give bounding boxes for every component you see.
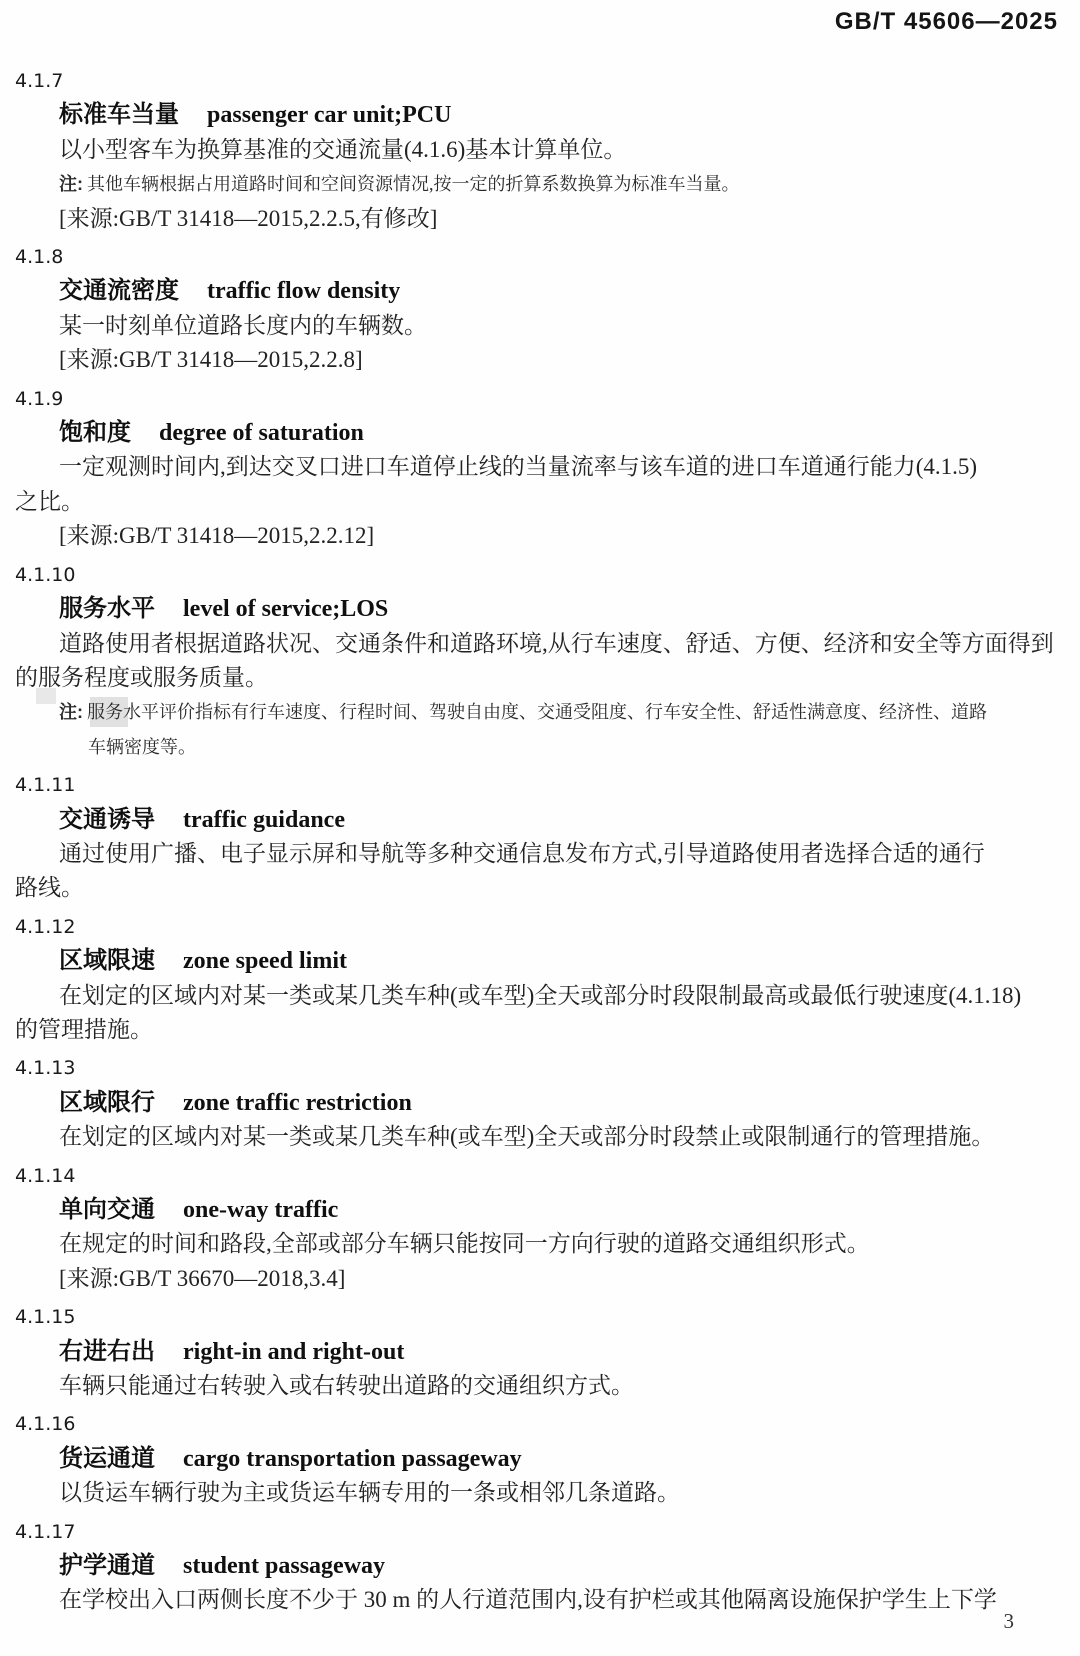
term-chinese: 单向交通	[59, 1196, 155, 1223]
note-text: 服务水平评价指标有行车速度、行程时间、驾驶自由度、交通受阻度、行车安全性、舒适性…	[87, 702, 987, 722]
definition-line: 在规定的时间和路段,全部或部分车辆只能按同一方向行驶的道路交通组织形式。	[15, 1227, 1065, 1261]
page-number: 3	[1004, 1606, 1015, 1636]
definition-line: 道路使用者根据道路状况、交通条件和道路环境,从行车速度、舒适、方便、经济和安全等…	[15, 627, 1065, 661]
term-english: student passageway	[183, 1553, 385, 1579]
definition-line: 车辆只能通过右转驶入或右转驶出道路的交通组织方式。	[15, 1369, 1065, 1403]
term-chinese: 货运通道	[59, 1445, 155, 1472]
section-number: 4.1.12	[15, 910, 1065, 944]
term-line: 标准车当量passenger car unit;PCU	[15, 98, 1065, 132]
definition-line: 某一时刻单位道路长度内的车辆数。	[15, 309, 1065, 343]
term-chinese: 区域限速	[59, 947, 155, 974]
term-section-4-1-9: 4.1.9 饱和度degree of saturation 一定观测时间内,到达…	[15, 382, 1065, 554]
section-number: 4.1.13	[15, 1051, 1065, 1085]
definition-line: 的服务程度或服务质量。	[15, 661, 1065, 695]
definition-line: 的管理措施。	[15, 1013, 1065, 1047]
source-line: [来源:GB/T 31418—2015,2.2.12]	[15, 519, 1065, 553]
term-chinese: 护学通道	[59, 1552, 155, 1579]
term-english: traffic guidance	[183, 807, 345, 833]
term-section-4-1-16: 4.1.16 货运通道cargo transportation passagew…	[15, 1407, 1065, 1510]
note-label: 注:	[59, 174, 83, 194]
term-section-4-1-8: 4.1.8 交通流密度traffic flow density 某一时刻单位道路…	[15, 240, 1065, 378]
term-line: 单向交通one-way traffic	[15, 1193, 1065, 1227]
term-line: 右进右出right-in and right-out	[15, 1335, 1065, 1369]
definition-line: 通过使用广播、电子显示屏和导航等多种交通信息发布方式,引导道路使用者选择合适的通…	[15, 837, 1065, 871]
definition-line: 在划定的区域内对某一类或某几类车种(或车型)全天或部分时段禁止或限制通行的管理措…	[15, 1120, 1065, 1154]
section-number: 4.1.14	[15, 1159, 1065, 1193]
term-section-4-1-7: 4.1.7 标准车当量passenger car unit;PCU 以小型客车为…	[15, 64, 1065, 236]
term-english: level of service;LOS	[183, 596, 388, 622]
section-number: 4.1.10	[15, 558, 1065, 592]
definition-line: 之比。	[15, 485, 1065, 519]
term-line: 区域限行zone traffic restriction	[15, 1086, 1065, 1120]
section-number: 4.1.7	[15, 64, 1065, 98]
section-number: 4.1.17	[15, 1515, 1065, 1549]
term-line: 区域限速zone speed limit	[15, 944, 1065, 978]
term-section-4-1-15: 4.1.15 右进右出right-in and right-out 车辆只能通过…	[15, 1300, 1065, 1403]
term-section-4-1-13: 4.1.13 区域限行zone traffic restriction 在划定的…	[15, 1051, 1065, 1154]
document-page: GB/T 45606—2025 4.1.7 标准车当量passenger car…	[0, 0, 1080, 1656]
term-chinese: 服务水平	[59, 595, 155, 622]
note-text: 其他车辆根据占用道路时间和空间资源情况,按一定的折算系数换算为标准车当量。	[87, 174, 740, 194]
definition-line: 以货运车辆行驶为主或货运车辆专用的一条或相邻几条道路。	[15, 1476, 1065, 1510]
term-section-4-1-17: 4.1.17 护学通道student passageway 在学校出入口两侧长度…	[15, 1515, 1065, 1618]
term-english: degree of saturation	[159, 420, 364, 446]
section-number: 4.1.16	[15, 1407, 1065, 1441]
terms-content: 4.1.7 标准车当量passenger car unit;PCU 以小型客车为…	[15, 64, 1065, 1618]
note-line: 车辆密度等。	[15, 730, 1065, 764]
section-number: 4.1.11	[15, 768, 1065, 802]
term-english: zone traffic restriction	[183, 1090, 412, 1116]
term-chinese: 区域限行	[59, 1089, 155, 1116]
standard-number-header: GB/T 45606—2025	[835, 9, 1058, 35]
source-line: [来源:GB/T 31418—2015,2.2.5,有修改]	[15, 202, 1065, 236]
section-number: 4.1.9	[15, 382, 1065, 416]
note-line: 注:其他车辆根据占用道路时间和空间资源情况,按一定的折算系数换算为标准车当量。	[15, 167, 1065, 201]
term-english: one-way traffic	[183, 1197, 338, 1223]
section-number: 4.1.8	[15, 240, 1065, 274]
term-section-4-1-12: 4.1.12 区域限速zone speed limit 在划定的区域内对某一类或…	[15, 910, 1065, 1048]
definition-line: 一定观测时间内,到达交叉口进口车道停止线的当量流率与该车道的进口车道通行能力(4…	[15, 450, 1065, 484]
definition-line: 路线。	[15, 871, 1065, 905]
definition-line: 在学校出入口两侧长度不少于 30 m 的人行道范围内,设有护栏或其他隔离设施保护…	[15, 1583, 1065, 1617]
term-section-4-1-10: 4.1.10 服务水平level of service;LOS 道路使用者根据道…	[15, 558, 1065, 764]
term-english: right-in and right-out	[183, 1339, 404, 1365]
term-english: passenger car unit;PCU	[207, 102, 451, 128]
term-line: 服务水平level of service;LOS	[15, 592, 1065, 626]
definition-line: 在划定的区域内对某一类或某几类车种(或车型)全天或部分时段限制最高或最低行驶速度…	[15, 979, 1065, 1013]
term-chinese: 交通诱导	[59, 806, 155, 833]
term-english: traffic flow density	[207, 278, 400, 304]
term-section-4-1-11: 4.1.11 交通诱导traffic guidance 通过使用广播、电子显示屏…	[15, 768, 1065, 906]
term-chinese: 饱和度	[59, 419, 131, 446]
term-chinese: 交通流密度	[59, 277, 179, 304]
term-english: zone speed limit	[183, 948, 347, 974]
term-line: 护学通道student passageway	[15, 1549, 1065, 1583]
note-line: 注:服务水平评价指标有行车速度、行程时间、驾驶自由度、交通受阻度、行车安全性、舒…	[15, 695, 1065, 729]
definition-line: 以小型客车为换算基准的交通流量(4.1.6)基本计算单位。	[15, 133, 1065, 167]
term-chinese: 右进右出	[59, 1338, 155, 1365]
term-line: 货运通道cargo transportation passageway	[15, 1442, 1065, 1476]
term-english: cargo transportation passageway	[183, 1446, 522, 1472]
term-chinese: 标准车当量	[59, 101, 179, 128]
source-line: [来源:GB/T 36670—2018,3.4]	[15, 1262, 1065, 1296]
source-line: [来源:GB/T 31418—2015,2.2.8]	[15, 343, 1065, 377]
term-line: 交通诱导traffic guidance	[15, 803, 1065, 837]
term-line: 饱和度degree of saturation	[15, 416, 1065, 450]
section-number: 4.1.15	[15, 1300, 1065, 1334]
term-section-4-1-14: 4.1.14 单向交通one-way traffic 在规定的时间和路段,全部或…	[15, 1159, 1065, 1297]
term-line: 交通流密度traffic flow density	[15, 274, 1065, 308]
note-label: 注:	[59, 702, 83, 722]
